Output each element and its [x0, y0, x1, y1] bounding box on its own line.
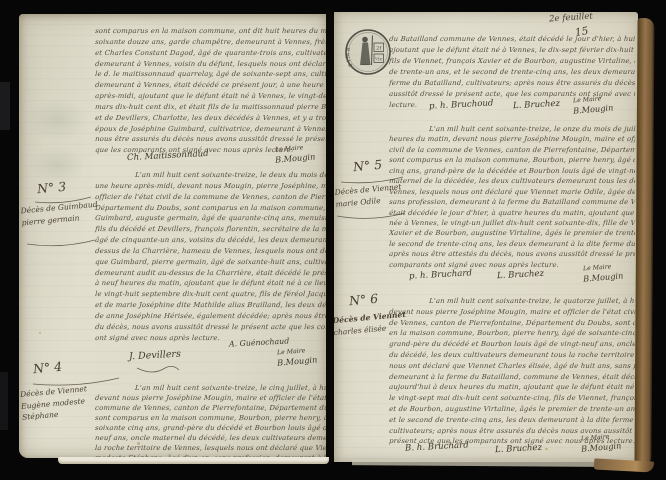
- background-patch: [0, 372, 8, 430]
- mayor-signature: Le Maire B.Mougin: [583, 264, 623, 282]
- margin-entry-number: N° 5: [352, 157, 382, 174]
- manuscript-line: ferme du Batailland, cultivateurs; après…: [389, 79, 636, 90]
- manuscript-line: et de Bourbon, augustine Virtaline, âgés…: [389, 405, 636, 416]
- folio-paraph: 15: [574, 25, 589, 39]
- signature: J. Devillers: [129, 349, 181, 363]
- manuscript-line: époux de Joséphine Guimbard, cultivatric…: [95, 125, 329, 136]
- manuscript-line: sans profession, demeurant à la ferme du…: [389, 198, 636, 208]
- manuscript-line: civil de la commune de Vennes, canton de…: [389, 146, 636, 156]
- manuscript-line: la roche territoire de Vennes, lesquels …: [95, 444, 329, 454]
- manuscript-line: L'an mil huit cent soixante-treize, le d…: [95, 171, 329, 182]
- mayor-name: B.Mougin: [277, 354, 318, 367]
- manuscript-line: et de marie Joséphine dite Mathilde alia…: [95, 301, 329, 312]
- witness-signature: A. Guénochaud: [229, 336, 290, 348]
- under-page-edge: [352, 460, 598, 467]
- manuscript-line: ont signé avec nous après lecture.: [95, 334, 329, 345]
- manuscript-line: L'an mil huit cent soixante-treize, le q…: [389, 297, 636, 308]
- mayor-signature: Le Maire B.Mougin: [277, 348, 317, 366]
- revenue-stamp-icon: TIMBRE 2f ½c: [344, 28, 392, 76]
- margin-entry-title: Décès de Guimbaud pierre germain: [20, 199, 99, 229]
- manuscript-line: âgé de cinquante-un ans, voisins du décé…: [95, 236, 329, 247]
- manuscript-line: cinq ans, grand-père de la décédée et Bo…: [389, 167, 636, 177]
- signature: B. h. Bruchard: [405, 440, 469, 453]
- manuscript-line: le vingt-sept mai dix-huit cent soixante…: [389, 394, 636, 405]
- left-page: sont comparus en la maison commune, ont …: [19, 14, 329, 458]
- act-entry-4-text: L'an mil huit cent soixante-treize, le c…: [95, 384, 329, 458]
- manuscript-line: Xavier et de Bourbon, augustine Virtalin…: [389, 229, 636, 239]
- manuscript-line: demeurant à Vennes, était décédé ce prés…: [95, 81, 329, 92]
- manuscript-line: heures du matin, devant nous pierre José…: [389, 135, 636, 145]
- manuscript-line: le vingt-huit septembre dix-huit cent qu…: [95, 290, 329, 301]
- act-entry-6-text: L'an mil huit cent soixante-treize, le q…: [389, 297, 635, 448]
- manuscript-line: du décédé, les deux cultivateurs demeura…: [389, 351, 636, 362]
- mayor-name: B.Mougin: [583, 270, 624, 283]
- manuscript-line: neuf ans, oncle maternel du décédé, les …: [95, 434, 329, 444]
- signature: L. Bruchez: [497, 269, 545, 281]
- manuscript-line: le second de trente-cinq ans, les deux d…: [389, 240, 636, 250]
- manuscript-line: du Batailland commune de Vennes, était d…: [389, 35, 636, 46]
- manuscript-line: officier de l'état civil de la commune d…: [95, 193, 329, 204]
- manuscript-line: Vennes, lesquels nous ont déclaré que Vi…: [389, 188, 636, 198]
- signature: p. h. Bruchard: [409, 268, 472, 281]
- right-page: du Batailland commune de Vennes, était d…: [333, 12, 638, 462]
- mayor-name: B.Mougin: [275, 151, 316, 164]
- margin-entry-title: Décès de Viennet Eugène modeste Stéphane: [20, 383, 90, 423]
- margin-entry-number: N° 3: [36, 179, 66, 196]
- manuscript-line: après nous être attestés du décès, nous …: [389, 250, 636, 260]
- stain-spot: [39, 332, 41, 334]
- manuscript-line: demeurant à Vennes, voisin du défunt, le…: [95, 60, 329, 71]
- manuscript-line: soixante douze ans, garde champêtre, dem…: [95, 38, 329, 49]
- margin-entry-number: N° 4: [32, 359, 62, 376]
- manuscript-line: fils de Viennet, françois Xavier et de B…: [389, 57, 636, 68]
- background-patch: [0, 82, 10, 130]
- manuscript-line: ajoutant que le défunt était né à Vennes…: [389, 46, 636, 57]
- manuscript-line: mars dix-huit cent dix, et était fils de…: [95, 103, 329, 114]
- mayor-signature: Le Maire B.Mougin: [573, 96, 613, 114]
- manuscript-line: Guimbard, auguste germain, âgé de quaran…: [95, 214, 329, 225]
- margin-entry-number: N° 6: [348, 291, 378, 308]
- manuscript-line: L'an mil huit cent soixante-treize, le c…: [95, 384, 329, 394]
- page-edge: [634, 18, 654, 468]
- manuscript-line: de Vennes, canton de Pierrefontaine, Dép…: [389, 319, 636, 330]
- manuscript-line: le d. le maitissonnaud quarrelay, âgé de…: [95, 70, 329, 81]
- flourish-underline: [25, 238, 97, 247]
- mayor-name: B.Mougin: [573, 102, 614, 115]
- act-entry-3-text: L'an mil huit cent soixante-treize, le d…: [95, 171, 329, 345]
- manuscript-line: sont comparus en la maison commune, Bour…: [95, 414, 329, 424]
- manuscript-line: commune de Vennes, canton de Pierrefonta…: [95, 404, 329, 414]
- manuscript-line: demeurant à la ferme du Batailland, comm…: [389, 373, 636, 384]
- signature: L. Bruchez: [495, 443, 543, 455]
- act-continuation-text: sont comparus en la maison commune, ont …: [95, 27, 329, 157]
- manuscript-line: grand-père du décédé et Bourbon louis âg…: [389, 340, 636, 351]
- manuscript-line: demeurant audit au-dessus de la Charrièr…: [95, 269, 329, 280]
- register-scan: sont comparus en la maison commune, ont …: [0, 0, 666, 480]
- signature-paraph: [135, 364, 181, 374]
- mayor-name: B.Mougin: [581, 440, 622, 453]
- manuscript-line: du décès, nous avons aussitôt dressé le …: [95, 323, 329, 334]
- manuscript-line: une heure après-midi, devant nous Mougin…: [95, 182, 329, 193]
- bleed-ghost: [29, 146, 85, 184]
- manuscript-line: nous ont déclaré que Viennet Charles éli…: [389, 362, 636, 373]
- manuscript-line: soixante cinq ans, grand-père du décédé …: [95, 424, 329, 434]
- manuscript-line: aujourd'hui à deux heures du matin, ajou…: [389, 383, 636, 394]
- manuscript-line: devant nous pierre Joséphine Mougin, mai…: [389, 308, 636, 319]
- gutter: [326, 10, 334, 462]
- manuscript-line: à neuf heures du matin, ajoutant que le …: [95, 279, 329, 290]
- stamp-value-bottom: ½c: [375, 55, 383, 62]
- manuscript-line: et de Devillers, Charlotte, les deux déc…: [95, 114, 329, 125]
- manuscript-line: Département du Doubs, sont comparus en l…: [95, 204, 329, 215]
- manuscript-line: sont comparus en la maison commune, ont …: [95, 27, 329, 38]
- manuscript-line: était décédée le jour d'hier, à quatre h…: [389, 209, 636, 219]
- manuscript-line: après-midi, ajoutant que le défunt était…: [95, 92, 329, 103]
- mayor-signature: Le Maire B.Mougin: [581, 434, 621, 452]
- mayor-signature: Le Maire B.Mougin: [275, 145, 315, 163]
- manuscript-line: de anne Joséphine Hérisée, également déc…: [95, 312, 329, 323]
- page-edge-corner: [594, 458, 654, 472]
- bleed-ghost: [25, 98, 89, 142]
- manuscript-line: en la maison commune, Bourbon, pierre he…: [389, 329, 636, 340]
- manuscript-line: née à Vennes, le vingt-un juillet dix-hu…: [389, 219, 636, 229]
- under-page-edge: [58, 457, 329, 464]
- act-entry-5-text: L'an mil huit cent soixante-treize, le o…: [389, 125, 635, 271]
- manuscript-line: devant nous pierre Joséphine Mougin, mai…: [95, 394, 329, 404]
- stain-spot: [545, 448, 548, 450]
- manuscript-line: L'an mil huit cent soixante-treize, le o…: [389, 125, 636, 135]
- manuscript-line: maternel de la décédée, les deux cultiva…: [389, 177, 636, 187]
- manuscript-line: dessus de la Charrière, hameau de Vennes…: [95, 247, 329, 258]
- manuscript-line: fils du décédé et Devillers, françois fl…: [95, 225, 329, 236]
- manuscript-line: et le second de trente-cinq ans, les deu…: [389, 416, 636, 427]
- manuscript-line: que Guimbard, pierre germain, âgé de soi…: [95, 258, 329, 269]
- manuscript-line: sont comparus en la maison commune, Bour…: [389, 156, 636, 166]
- manuscript-line: de trente-un ans, et le second de trente…: [389, 68, 636, 79]
- manuscript-line: et Charles Constant Dagod, âgé de quaran…: [95, 49, 329, 60]
